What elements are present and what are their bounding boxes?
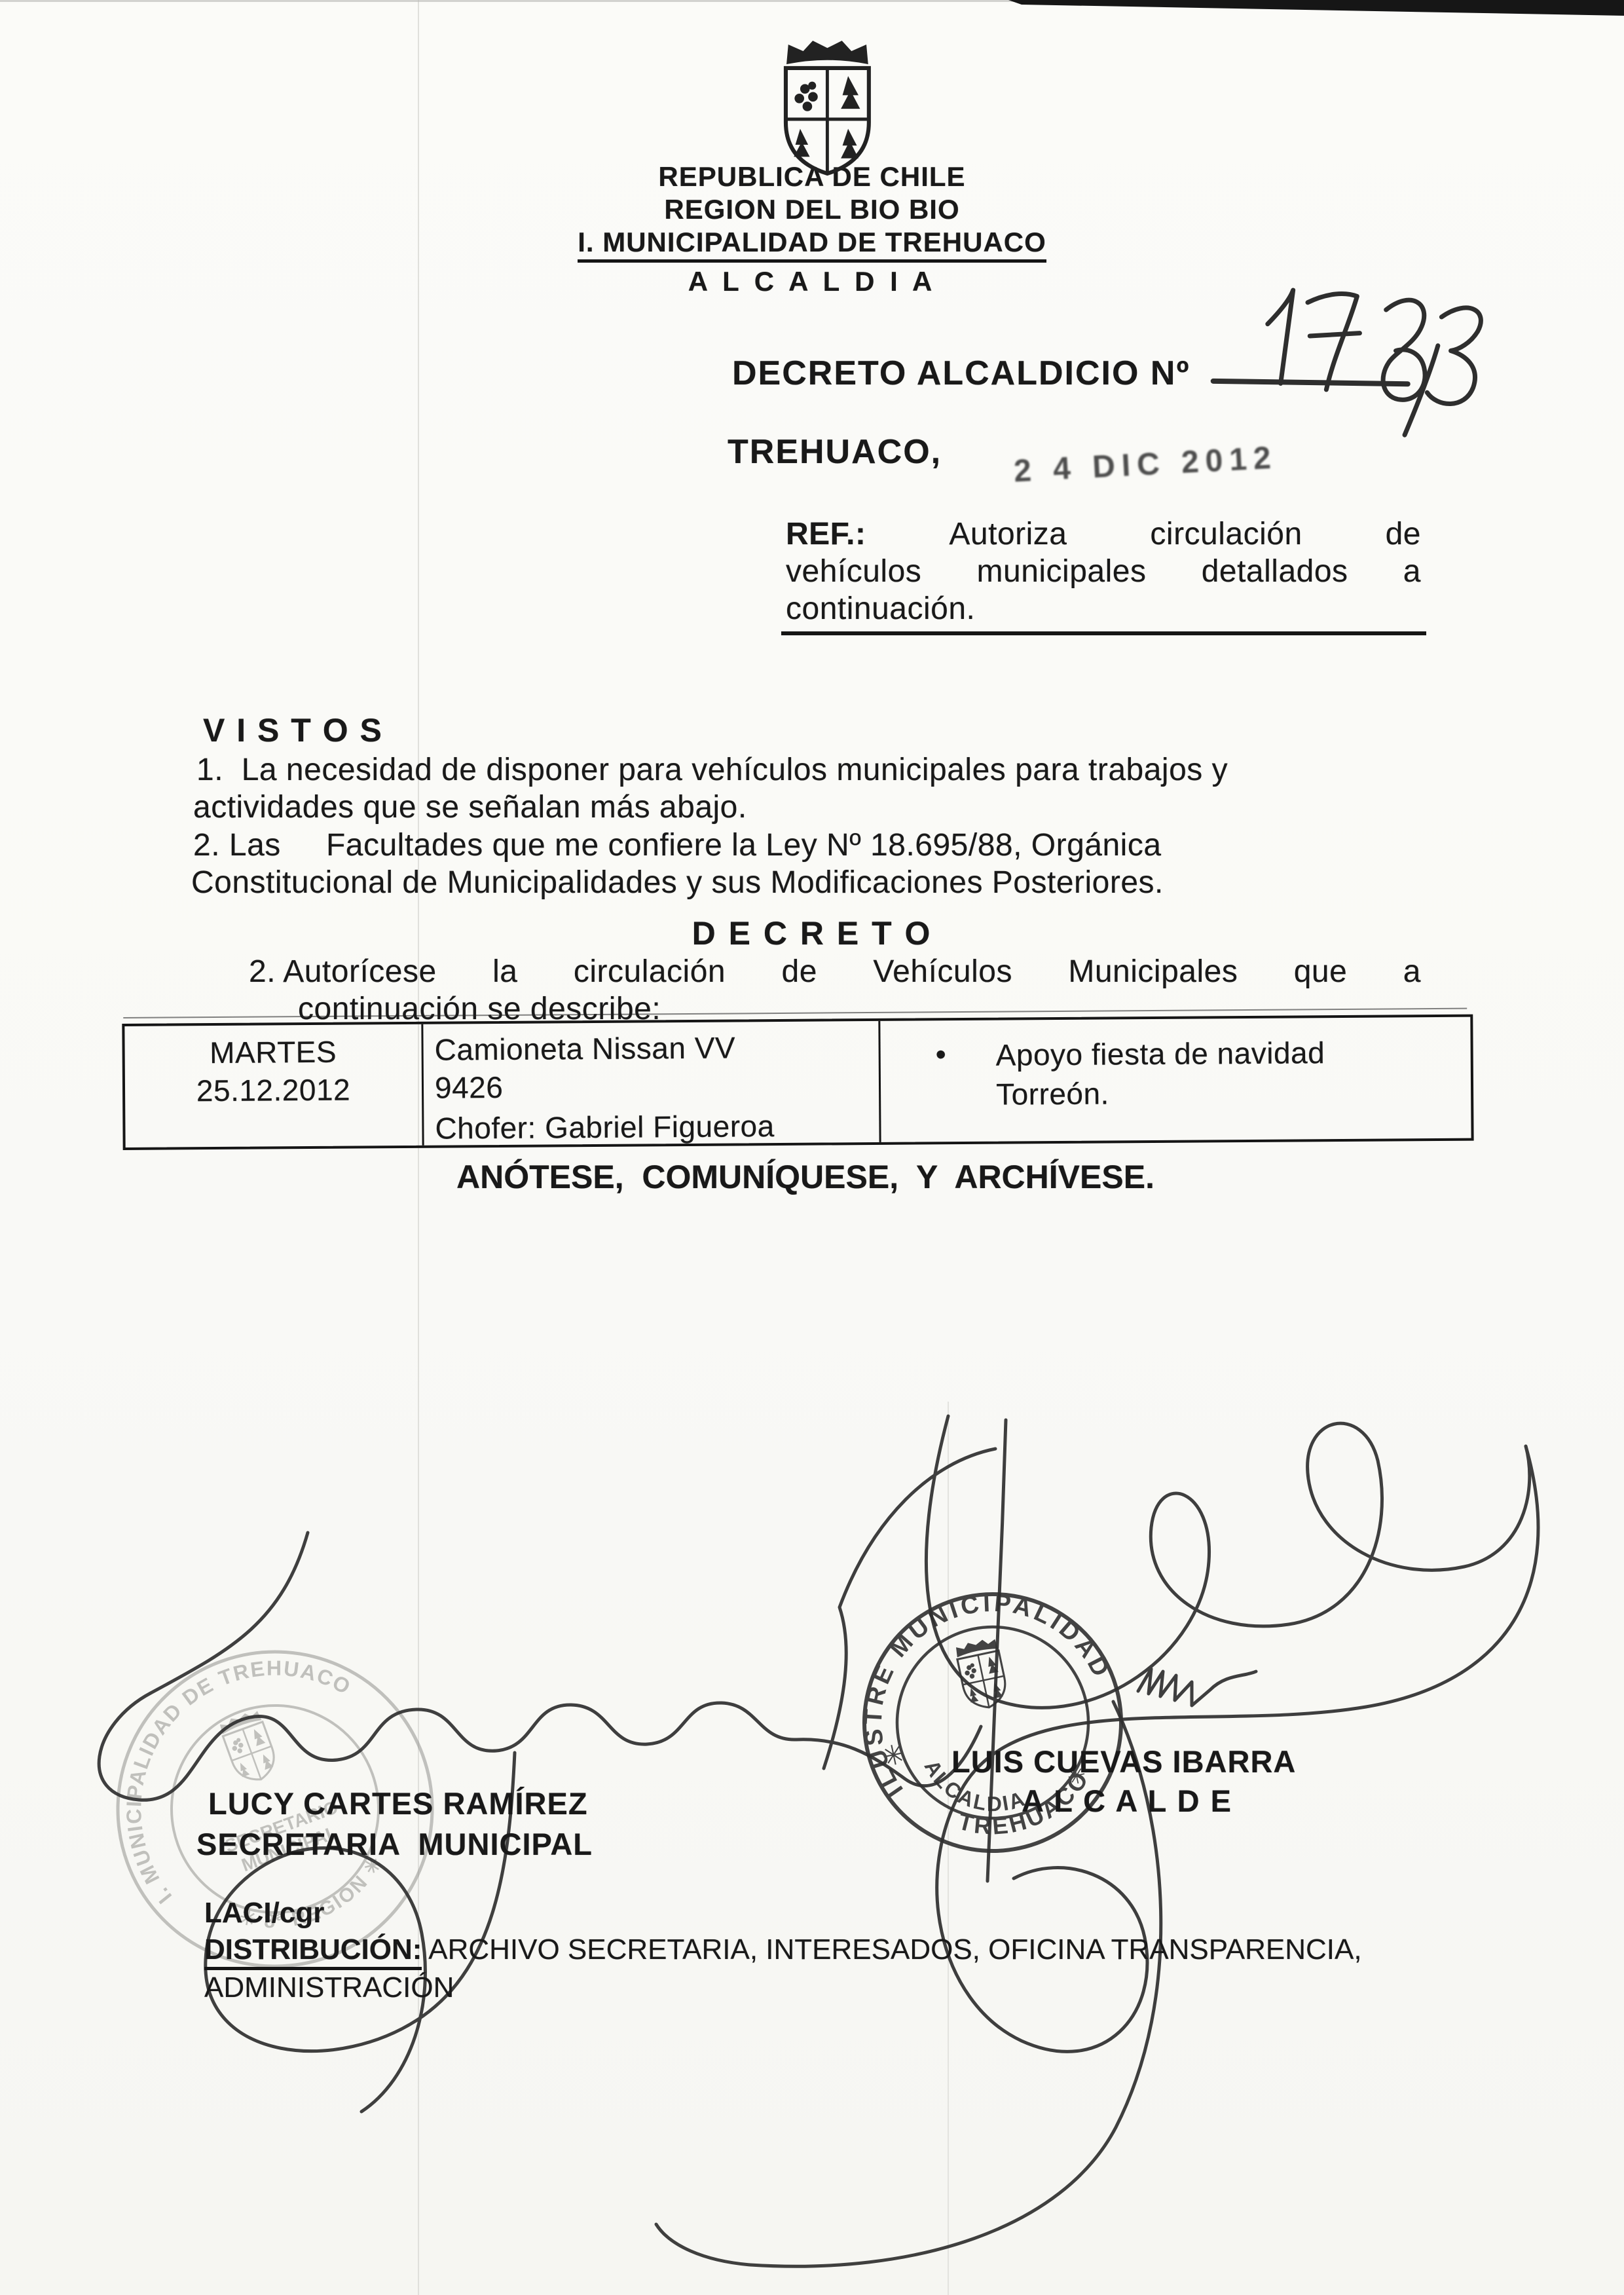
municipal-crest-icon [786, 42, 869, 174]
scanned-decree-page: REPUBLICA DE CHILE REGION DEL BIO BIO I.… [0, 0, 1624, 2295]
footer-distribution-2: ADMINISTRACIÓN [204, 1971, 454, 2004]
distribution-label: DISTRIBUCIÓN: [204, 1933, 422, 1970]
secretary-name: LUCY CARTES RAMÍREZ [208, 1785, 588, 1821]
distribution-list: ARCHIVO SECRETARIA, INTERESADOS, OFICINA… [422, 1933, 1361, 1966]
mayor-name: LUIS CUEVAS IBARRA [951, 1744, 1296, 1780]
right-stamp-star-left: ✳ [879, 1738, 908, 1772]
handwritten-decree-number [1211, 288, 1481, 438]
alcalde-signature-squiggle [1138, 1669, 1256, 1706]
footer-distribution: DISTRIBUCIÓN: ARCHIVO SECRETARIA, INTERE… [204, 1933, 1362, 1966]
scan-top-wedge [1008, 0, 1624, 16]
secretary-title: SECRETARIA MUNICIPAL [196, 1826, 593, 1862]
footer-initials: LACI/cgr [204, 1897, 324, 1930]
mayor-title: A L C A L D E [1022, 1783, 1232, 1819]
alcalde-signature-loops [926, 1416, 1529, 1707]
